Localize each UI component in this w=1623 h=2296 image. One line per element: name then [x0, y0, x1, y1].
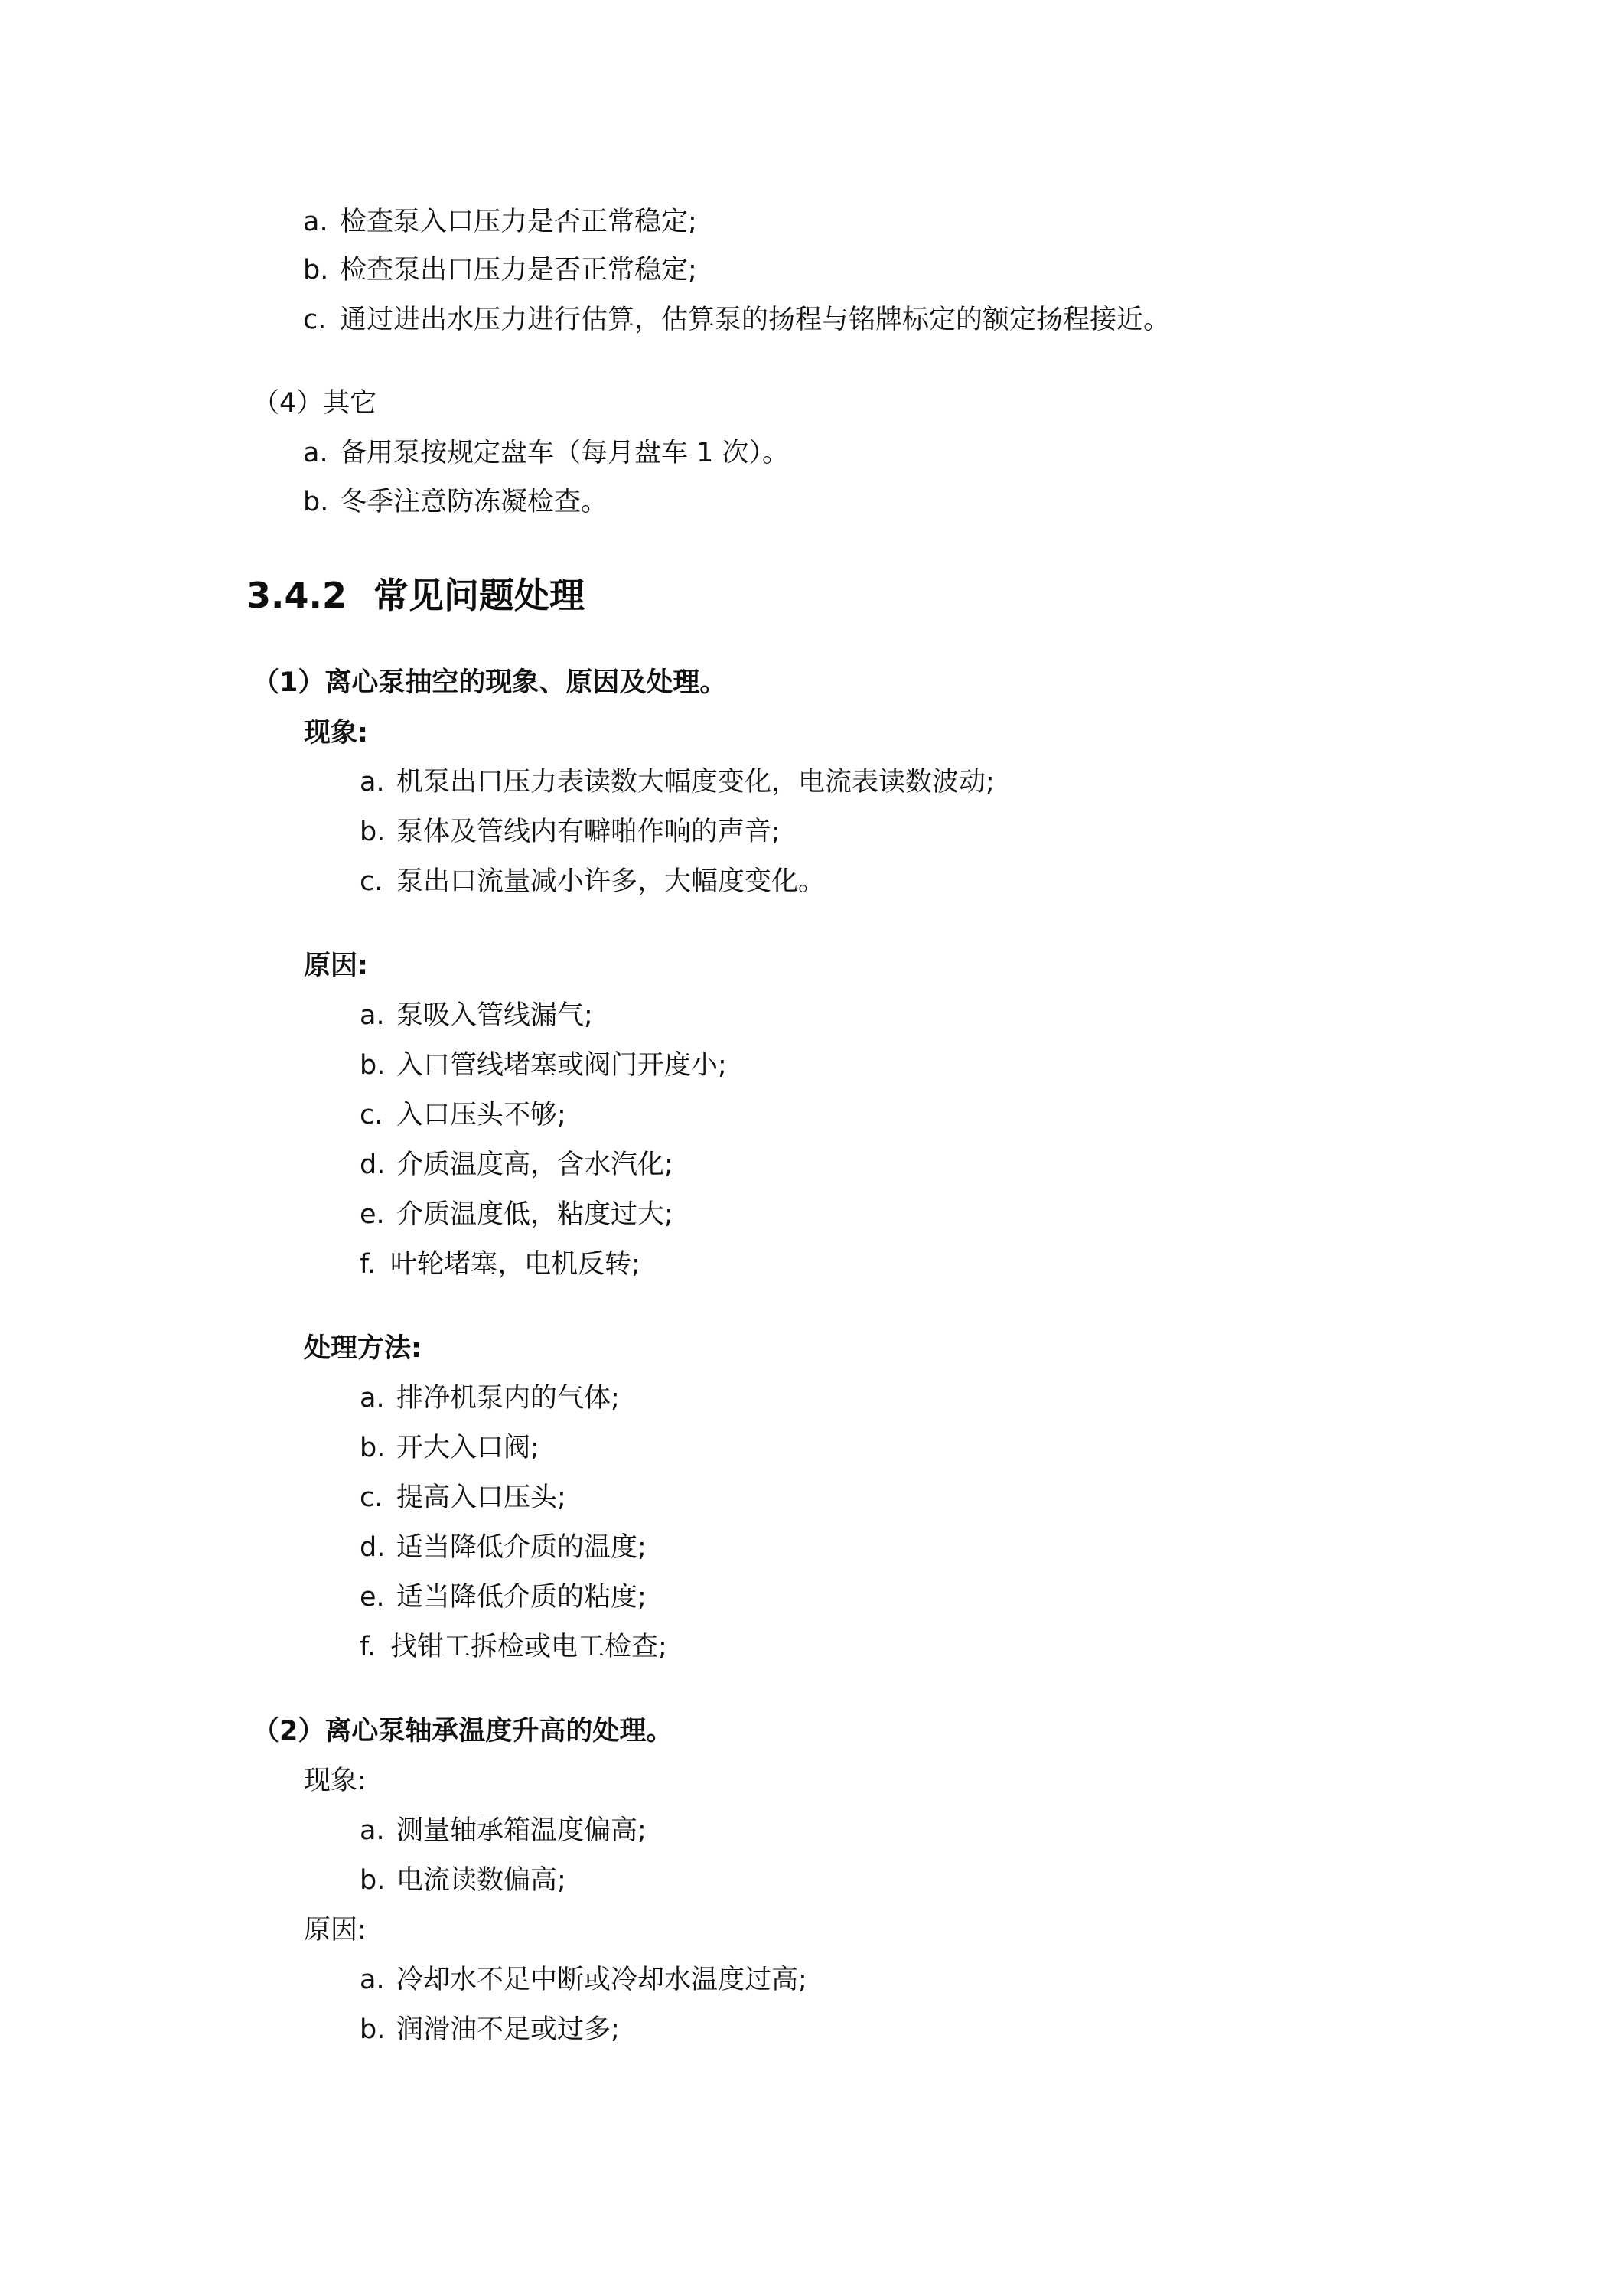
list-item-text: 通过进出水压力进行估算，估算泵的扬程与铭牌标定的额定扬程接近。: [340, 305, 1170, 335]
list-item: b.检查泵出口压力是否正常稳定;: [303, 253, 697, 287]
list-item-label: e.: [360, 1580, 396, 1614]
list-item: a.测量轴承箱温度偏高;: [360, 1814, 647, 1848]
list-item-label: b.: [360, 815, 396, 849]
list-item-label: c.: [360, 865, 396, 899]
section-heading: 3.4.2常见问题处理: [246, 572, 585, 618]
problem-title: （1）离心泵抽空的现象、原因及处理。: [253, 666, 726, 700]
list-item-text: 入口压头不够;: [396, 1100, 566, 1130]
list-item-text: 叶轮堵塞，电机反转;: [390, 1249, 640, 1280]
list-item-text: 泵体及管线内有噼啪作响的声音;: [396, 817, 781, 847]
list-item-label: a.: [360, 1381, 396, 1415]
list-item: b.冬季注意防冻凝检查。: [303, 485, 608, 519]
list-item-label: b.: [360, 1431, 396, 1465]
list-item-text: 机泵出口压力表读数大幅度变化，电流表读数波动;: [396, 767, 995, 797]
list-item-label: d.: [360, 1148, 396, 1182]
list-item-text: 开大入口阀;: [396, 1433, 539, 1463]
list-item-text: 测量轴承箱温度偏高;: [396, 1815, 647, 1846]
list-item: b.开大入口阀;: [360, 1431, 539, 1465]
phenomenon-label: 现象:: [304, 716, 368, 750]
list-item: a.排净机泵内的气体;: [360, 1381, 620, 1415]
section-number: 3.4.2: [246, 572, 373, 618]
list-item: f.叶轮堵塞，电机反转;: [360, 1247, 640, 1281]
list-item: e.适当降低介质的粘度;: [360, 1580, 647, 1614]
list-item: f.找钳工拆检或电工检查;: [360, 1630, 667, 1664]
list-item: a.冷却水不足中断或冷却水温度过高;: [360, 1963, 807, 1997]
list-item-label: d.: [360, 1531, 396, 1564]
list-item-text: 适当降低介质的粘度;: [396, 1582, 647, 1613]
subsection-title-other: （4）其它: [253, 386, 376, 420]
list-item: b.入口管线堵塞或阀门开度小;: [360, 1049, 727, 1082]
list-item-label: a.: [303, 205, 340, 239]
list-item: c.入口压头不够;: [360, 1098, 566, 1132]
list-item-label: a.: [303, 436, 340, 470]
list-item: a.泵吸入管线漏气;: [360, 999, 593, 1032]
list-item-text: 找钳工拆检或电工检查;: [390, 1632, 667, 1662]
list-item-label: c.: [303, 303, 340, 337]
list-item: d.适当降低介质的温度;: [360, 1531, 647, 1564]
list-item-label: c.: [360, 1098, 396, 1132]
list-item-text: 提高入口压头;: [396, 1482, 566, 1513]
problem-title: （2）离心泵轴承温度升高的处理。: [253, 1714, 673, 1748]
list-item-text: 冷却水不足中断或冷却水温度过高;: [396, 1965, 807, 1995]
list-item-label: b.: [303, 253, 340, 287]
list-item-label: e.: [360, 1198, 396, 1231]
list-item-label: a.: [360, 765, 396, 799]
list-item-label: a.: [360, 999, 396, 1032]
list-item-text: 冬季注意防冻凝检查。: [340, 487, 608, 517]
phenomenon-label: 现象:: [304, 1764, 367, 1798]
list-item-text: 排净机泵内的气体;: [396, 1383, 620, 1414]
list-item-text: 介质温度低，粘度过大;: [396, 1199, 673, 1230]
list-item-text: 介质温度高，含水汽化;: [396, 1150, 673, 1180]
list-item-label: a.: [360, 1963, 396, 1997]
solution-label: 处理方法:: [304, 1332, 422, 1365]
list-item: a.备用泵按规定盘车（每月盘车 1 次）。: [303, 436, 789, 470]
section-title: 常见问题处理: [373, 575, 585, 616]
list-item: c.泵出口流量减小许多，大幅度变化。: [360, 865, 825, 899]
list-item-label: c.: [360, 1481, 396, 1515]
list-item-text: 检查泵出口压力是否正常稳定;: [340, 255, 697, 285]
list-item: b.润滑油不足或过多;: [360, 2013, 620, 2047]
list-item-text: 润滑油不足或过多;: [396, 2014, 620, 2045]
list-item-label: f.: [360, 1630, 390, 1664]
list-item-text: 泵吸入管线漏气;: [396, 1000, 593, 1031]
list-item: b.泵体及管线内有噼啪作响的声音;: [360, 815, 781, 849]
list-item-label: f.: [360, 1247, 390, 1281]
list-item-label: b.: [360, 2013, 396, 2047]
list-item-label: b.: [360, 1864, 396, 1897]
list-item: c.通过进出水压力进行估算，估算泵的扬程与铭牌标定的额定扬程接近。: [303, 303, 1170, 337]
list-item: b.电流读数偏高;: [360, 1864, 566, 1897]
cause-label: 原因:: [304, 949, 368, 983]
list-item-label: b.: [360, 1049, 396, 1082]
list-item: a.检查泵入口压力是否正常稳定;: [303, 205, 697, 239]
list-item: d.介质温度高，含水汽化;: [360, 1148, 673, 1182]
list-item-label: a.: [360, 1814, 396, 1848]
list-item-text: 检查泵入口压力是否正常稳定;: [340, 207, 697, 237]
list-item-label: b.: [303, 485, 340, 519]
list-item-text: 电流读数偏高;: [396, 1865, 566, 1896]
list-item-text: 泵出口流量减小许多，大幅度变化。: [396, 866, 825, 897]
list-item: e.介质温度低，粘度过大;: [360, 1198, 673, 1231]
list-item-text: 备用泵按规定盘车（每月盘车 1 次）。: [340, 438, 789, 468]
list-item-text: 入口管线堵塞或阀门开度小;: [396, 1050, 727, 1081]
cause-label: 原因:: [304, 1913, 367, 1947]
list-item-text: 适当降低介质的温度;: [396, 1532, 647, 1563]
list-item: c.提高入口压头;: [360, 1481, 566, 1515]
list-item: a.机泵出口压力表读数大幅度变化，电流表读数波动;: [360, 765, 995, 799]
